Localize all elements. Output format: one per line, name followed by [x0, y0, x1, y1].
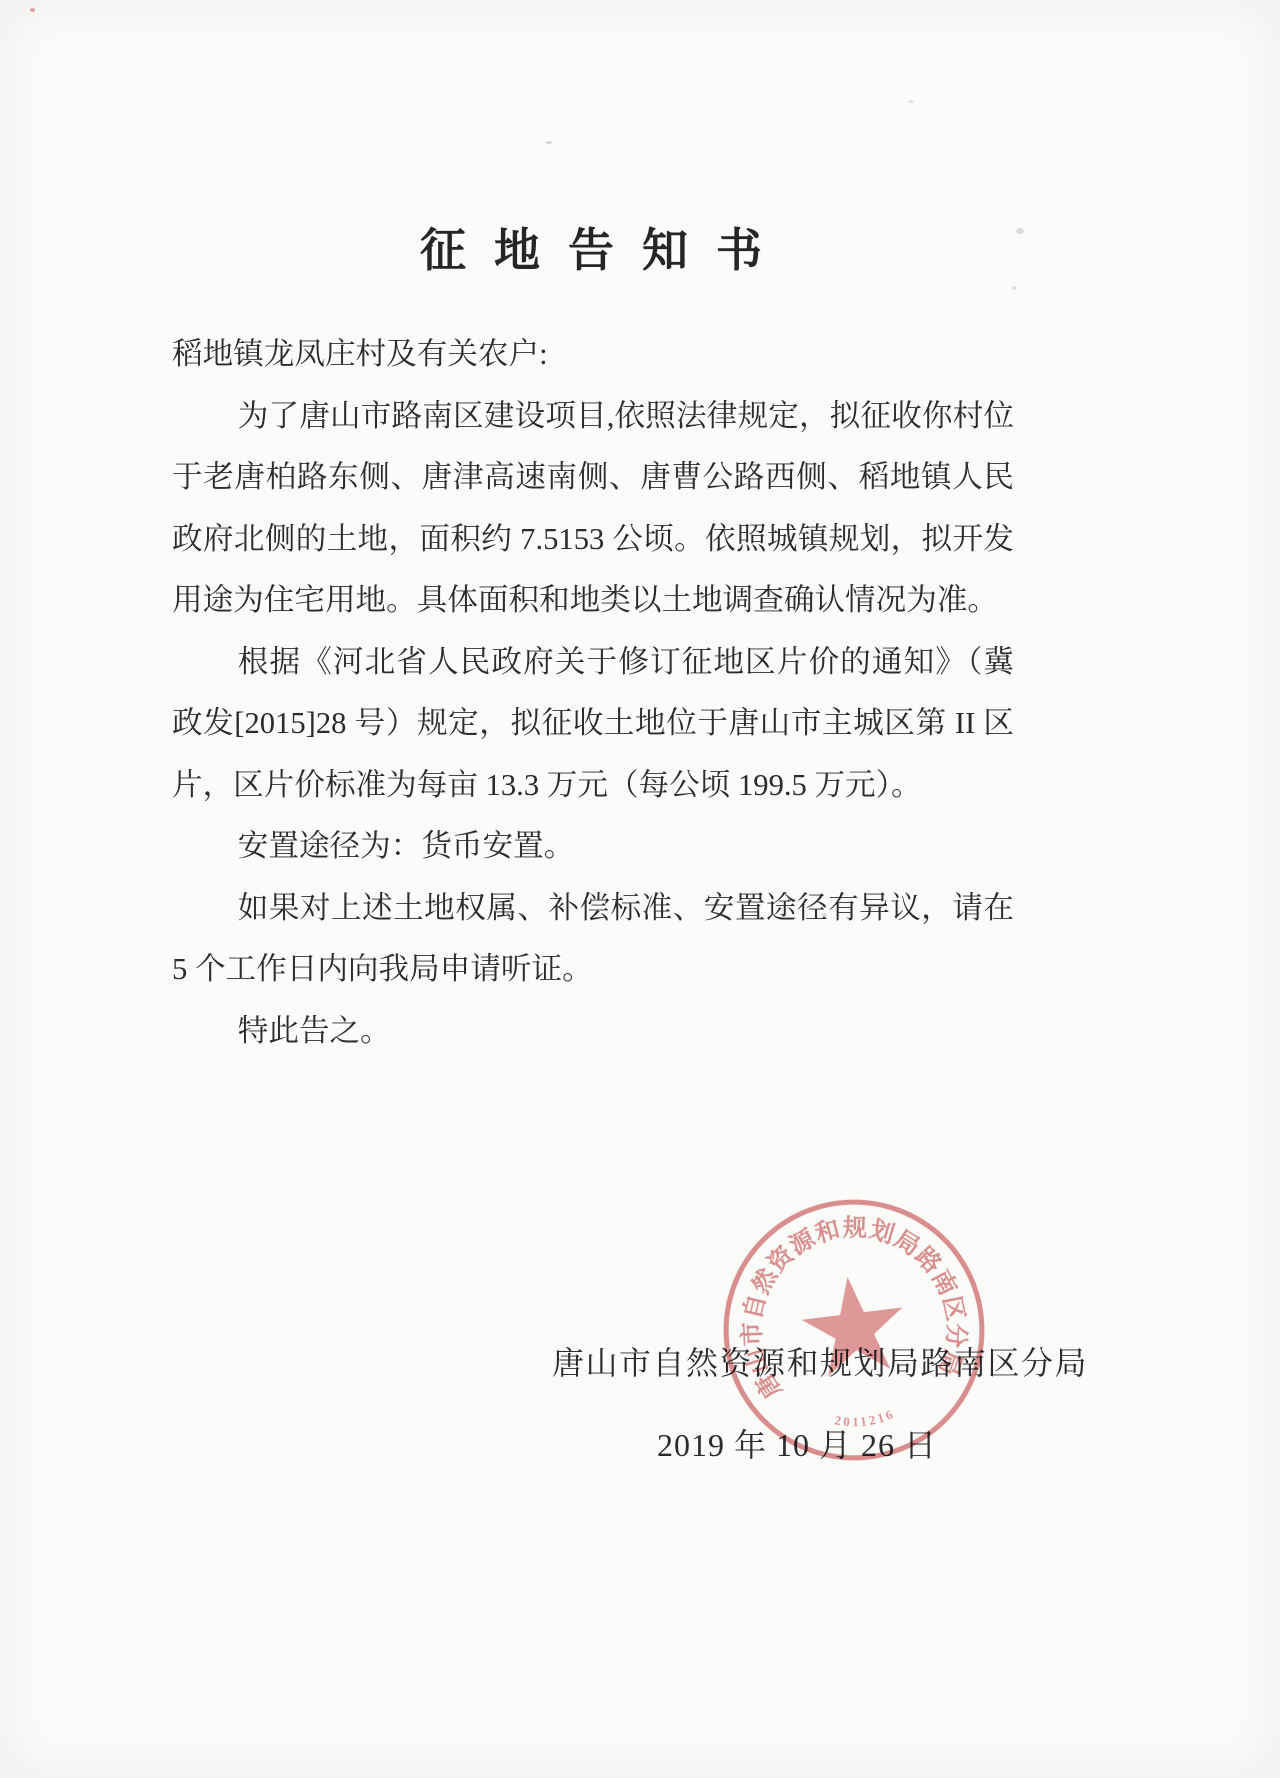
- document-page: 征地告知书 稻地镇龙凤庄村及有关农户: 为了唐山市路南区建设项目,依照法律规定，…: [0, 0, 1280, 1778]
- document-body: 稻地镇龙凤庄村及有关农户: 为了唐山市路南区建设项目,依照法律规定，拟征收你村位…: [172, 324, 1014, 1062]
- paragraph: 根据《河北省人民政府关于修订征地区片价的通知》（冀政发[2015]28 号）规定…: [172, 632, 1014, 817]
- scan-speck: [1012, 286, 1017, 290]
- paragraph: 为了唐山市路南区建设项目,依照法律规定，拟征收你村位于老唐柏路东侧、唐津高速南侧…: [172, 386, 1014, 632]
- page-title: 征地告知书: [172, 214, 1012, 280]
- seal-code-text: 2011216: [832, 1406, 898, 1432]
- scan-speck: [908, 100, 914, 103]
- seal-star-icon: [797, 1271, 910, 1379]
- scan-speck: [30, 8, 35, 12]
- scan-speck: [822, 913, 827, 917]
- scan-speck: [1016, 228, 1024, 234]
- paragraph: 特此告之。: [172, 1001, 1014, 1063]
- official-seal-stamp: 唐山市自然资源和规划局路南区分局 2011216: [700, 1176, 1008, 1484]
- scan-speck: [546, 141, 552, 144]
- paragraph: 安置途径为：货币安置。: [172, 816, 1014, 878]
- salutation-line: 稻地镇龙凤庄村及有关农户:: [172, 324, 1014, 386]
- paragraph: 如果对上述土地权属、补偿标准、安置途径有异议，请在 5 个工作日内向我局申请听证…: [172, 878, 1014, 1001]
